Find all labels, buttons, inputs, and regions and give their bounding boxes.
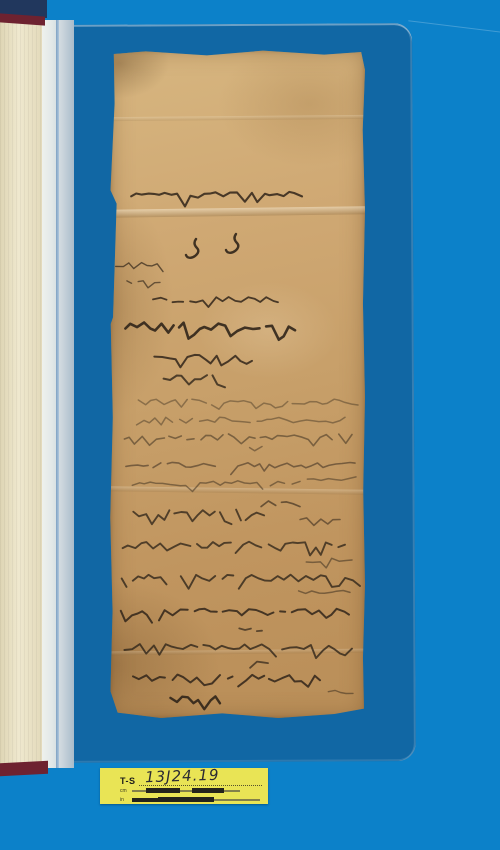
handwriting-line xyxy=(170,696,220,709)
unit-label-in: in xyxy=(120,797,132,803)
shelfmark-row: T-S 13J24.19 xyxy=(120,771,262,786)
scale-bar-in xyxy=(132,797,260,802)
gauze-thread-line xyxy=(56,20,59,768)
handwriting-glyph xyxy=(226,234,238,253)
manuscript-fragment xyxy=(110,50,365,718)
handwriting-line xyxy=(121,609,349,623)
handwriting-line xyxy=(116,263,163,272)
handwriting-line xyxy=(255,501,300,507)
scale-bar-cm xyxy=(132,788,240,793)
handwriting-line xyxy=(328,690,353,693)
scale-bar-segment xyxy=(132,790,146,792)
scale-row-cm: cm xyxy=(120,786,262,795)
handwriting-line xyxy=(124,434,352,446)
handwriting-line xyxy=(307,477,356,481)
handwriting-line xyxy=(132,481,300,492)
handwriting-line xyxy=(127,281,160,288)
handwriting-line xyxy=(299,591,350,594)
handwriting-line xyxy=(300,518,340,526)
handwriting-line xyxy=(131,192,302,207)
handwriting-line xyxy=(244,662,268,668)
shelfmark-dotted-line: 13J24.19 xyxy=(139,773,262,786)
scale-bar-segment xyxy=(132,798,158,802)
scale-bar-segment xyxy=(224,790,240,792)
scale-bar-segment xyxy=(158,797,214,802)
handwriting-line xyxy=(133,510,264,525)
handwriting-line xyxy=(306,558,352,568)
interleaf-gauze xyxy=(40,20,74,768)
book-cover-maroon-bottom xyxy=(0,761,48,777)
handwriting-line xyxy=(250,447,262,451)
handwriting-line xyxy=(138,399,358,409)
handwriting-line xyxy=(122,575,360,589)
photo-backdrop: T-S 13J24.19 cm in xyxy=(0,0,500,850)
backdrop-scratch xyxy=(408,20,500,33)
shelfmark-prefix: T-S xyxy=(120,776,136,786)
handwriting-line xyxy=(126,462,355,474)
handwriting-line xyxy=(123,542,345,556)
handwriting-line xyxy=(153,297,278,307)
scale-bar-segment xyxy=(146,788,180,793)
handwriting-line xyxy=(124,644,352,658)
manuscript-handwriting xyxy=(110,50,365,718)
scale-bar-segment xyxy=(180,790,192,792)
handwriting-glyph xyxy=(186,239,198,258)
shelfmark-number: 13J24.19 xyxy=(144,766,219,787)
unit-label-cm: cm xyxy=(120,788,132,794)
scale-bar-segment xyxy=(192,788,224,793)
book-fore-edge xyxy=(0,18,42,765)
shelfmark-label: T-S 13J24.19 cm in xyxy=(100,768,268,804)
handwriting-line xyxy=(154,355,252,367)
handwriting-line xyxy=(239,628,262,631)
handwriting-line xyxy=(137,417,345,425)
handwriting-line xyxy=(133,675,320,687)
scale-bar-segment xyxy=(214,799,260,801)
scale-row-in: in xyxy=(120,795,262,804)
handwriting-line xyxy=(164,375,225,387)
handwriting-line xyxy=(125,323,295,340)
